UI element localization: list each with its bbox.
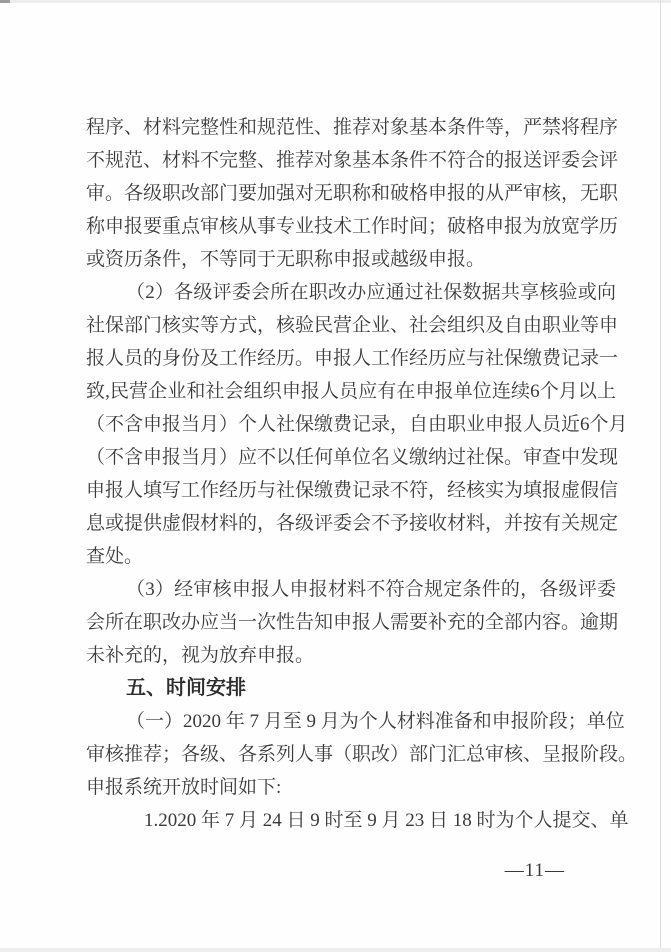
doc-text-line: 五、时间安排: [86, 672, 616, 705]
scan-edge-top: [0, 0, 671, 3]
doc-text-line: 社保部门核实等方式，核验民营企业、社会组织及自由职业等申: [86, 309, 616, 342]
doc-text-line: 致,民营企业和社会组织申报人员应有在申报单位连续6个月以上: [86, 375, 616, 408]
doc-text-line: 申报系统开放时间如下:: [86, 771, 616, 804]
page-number: —11—: [505, 860, 565, 882]
doc-text-line: （2）各级评委会所在职改办应通过社保数据共享核验或向: [86, 276, 616, 309]
doc-text-line: （3）经审核申报人申报材料不符合规定条件的，各级评委: [86, 573, 616, 606]
scan-artifact-top-left: [0, 0, 10, 3]
doc-text-line: 称申报要重点审核从事专业技术工作时间；破格申报为放宽学历: [86, 210, 616, 243]
doc-text-line: 未补充的，视为放弃申报。: [86, 639, 616, 672]
scanned-document-page: 程序、材料完整性和规范性、推荐对象基本条件等，严禁将程序不规范、材料不完整、推荐…: [0, 0, 671, 952]
scan-edge-right: [660, 0, 661, 952]
doc-text-line: 查处。: [86, 540, 616, 573]
doc-text-line: 息或提供虚假材料的，各级评委会不予接收材料，并按有关规定: [86, 507, 616, 540]
doc-text-line: 审。各级职改部门要加强对无职称和破格申报的从严审核，无职: [86, 177, 616, 210]
doc-text-line: 不规范、材料不完整、推荐对象基本条件不符合的报送评委会评: [86, 144, 616, 177]
doc-text-line: 1.2020 年 7 月 24 日 9 时至 9 月 23 日 18 时为个人提…: [86, 804, 616, 837]
doc-text-line: 审核推荐；各级、各系列人事（职改）部门汇总审核、呈报阶段。: [86, 738, 616, 771]
doc-text-line: 申报人填写工作经历与社保缴费记录不符，经核实为填报虚假信: [86, 474, 616, 507]
doc-text-line: 或资历条件，不等同于无职称申报或越级申报。: [86, 243, 616, 276]
scan-edge-bottom: [0, 948, 671, 952]
document-text-block: 程序、材料完整性和规范性、推荐对象基本条件等，严禁将程序不规范、材料不完整、推荐…: [86, 111, 616, 837]
doc-text-line: 报人员的身份及工作经历。申报人工作经历应与社保缴费记录一: [86, 342, 616, 375]
doc-text-line: 程序、材料完整性和规范性、推荐对象基本条件等，严禁将程序: [86, 111, 616, 144]
doc-text-line: （不含申报当月）个人社保缴费记录，自由职业申报人员近6个月: [86, 408, 616, 441]
doc-text-line: 会所在职改办应当一次性告知申报人需要补充的全部内容。逾期: [86, 606, 616, 639]
doc-text-line: （一）2020 年 7 月至 9 月为个人材料准备和申报阶段；单位: [86, 705, 616, 738]
doc-text-line: （不含申报当月）应不以任何单位名义缴纳过社保。审查中发现: [86, 441, 616, 474]
